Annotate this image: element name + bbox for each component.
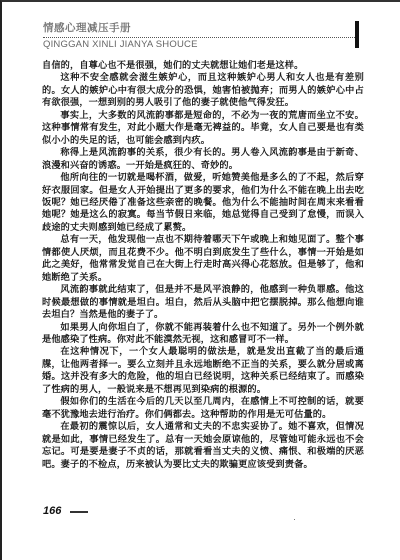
header-dotted-rule (43, 37, 355, 38)
footer-dash-rule (70, 511, 88, 513)
paragraph: 事实上，大多数的风流韵事都是短命的，不必为一夜的荒唐而坐立不安。这种事情常有发生… (42, 110, 364, 147)
header-marker-bar (355, 21, 359, 48)
paragraph: 这种不安全感就会滋生嫉妒心，而且这种嫉妒心男人和女人也是有差别的。女人的嫉妒心中… (42, 72, 364, 109)
page-footer: 166 (43, 505, 88, 517)
paragraph: 假如你们的生活在今后的几天以至几周内，在感情上不可控制的话，就要毫不犹豫地去进行… (42, 396, 364, 421)
paragraph: 自信的，自尊心也不是很强，她们的丈夫就想让她们老是这样。 (42, 60, 364, 72)
paragraph: 他所向往的一切就是喝杯酒，做爱，听她赞美他是多么的了不起，然后穿好衣服回家。但是… (42, 172, 364, 234)
page-number: 166 (43, 505, 61, 517)
paragraph: 在这种情况下，一个女人最聪明的做法是，就是发出直截了当的最后通牒，让他两者择一。… (42, 346, 364, 396)
scan-speck (294, 519, 295, 520)
paragraph: 称得上是风流韵事的关系，很少有长的。男人卷入风流韵事是由于新奇、浪漫和兴奋的诱惑… (42, 147, 364, 172)
running-header: 情感心理减压手册 QINGGAN XINLI JIANYA SHOUCE (43, 22, 358, 51)
body-text: 自信的，自尊心也不是很强，她们的丈夫就想让她们老是这样。 这种不安全感就会滋生嫉… (42, 60, 364, 471)
header-title-pinyin: QINGGAN XINLI JIANYA SHOUCE (43, 39, 358, 51)
paragraph: 风流韵事就此结束了，但是并不是风平浪静的，他感到一种负罪感。他这时候最想做的事情… (42, 284, 364, 321)
paragraph: 总有一天，他发现他一点也不期待着哪天下午或晚上和她见面了。整个事情都使人厌烦，而… (42, 234, 364, 284)
header-title-chinese: 情感心理减压手册 (43, 22, 358, 35)
document-page: 情感心理减压手册 QINGGAN XINLI JIANYA SHOUCE 自信的… (0, 0, 400, 560)
paragraph: 如果男人向你坦白了，你就不能再装着什么也不知道了。另外一个例外就是他感染了性病。… (42, 322, 364, 347)
paragraph: 在最初的震惊以后，女人通常和丈夫的不忠实妥协了。她不喜欢，但情况就是如此，事情已… (42, 421, 364, 471)
